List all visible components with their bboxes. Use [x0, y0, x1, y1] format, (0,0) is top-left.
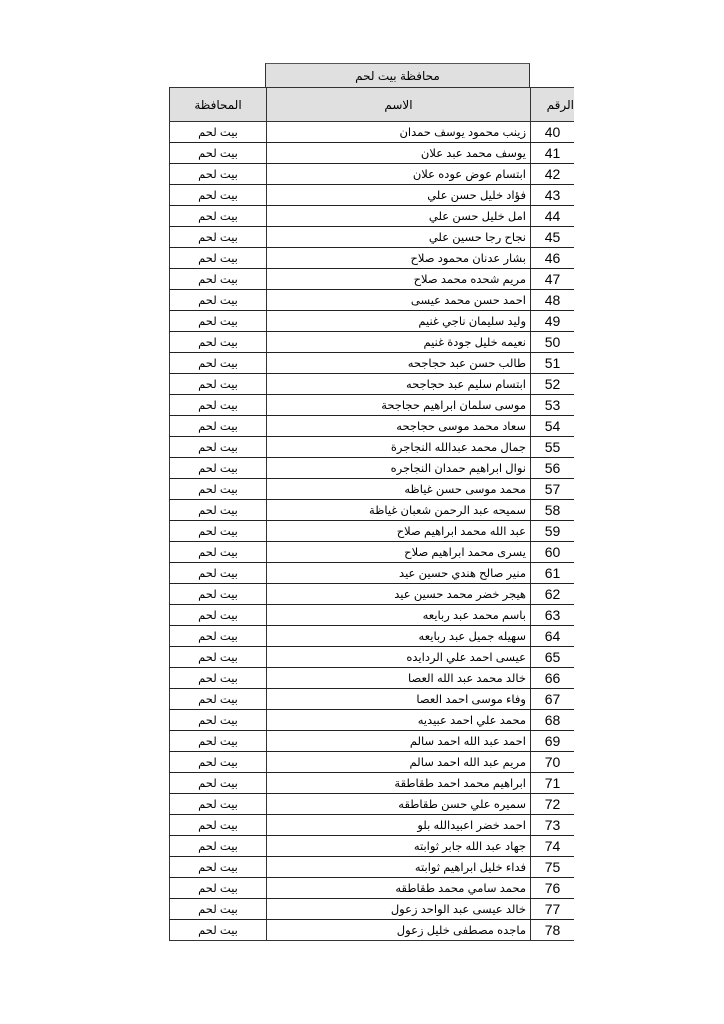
row-governorate: بيت لحم	[170, 185, 267, 206]
row-name: محمد علي احمد عبيديه	[267, 710, 531, 731]
row-governorate: بيت لحم	[170, 605, 267, 626]
row-governorate: بيت لحم	[170, 395, 267, 416]
table-row: 51طالب حسن عبد حجاجحهبيت لحم	[170, 353, 575, 374]
table-row: 78ماجده مصطفى خليل زعولبيت لحم	[170, 920, 575, 941]
row-governorate: بيت لحم	[170, 311, 267, 332]
row-governorate: بيت لحم	[170, 794, 267, 815]
row-name: منير صالح هندي حسين عيد	[267, 563, 531, 584]
row-governorate: بيت لحم	[170, 878, 267, 899]
row-name: وفاء موسى احمد العصا	[267, 689, 531, 710]
table-row: 67وفاء موسى احمد العصابيت لحم	[170, 689, 575, 710]
table-row: 72سميره علي حسن طقاطقهبيت لحم	[170, 794, 575, 815]
row-name: جهاد عبد الله جابر ثوابته	[267, 836, 531, 857]
row-name: خالد عيسى عبد الواحد زعول	[267, 899, 531, 920]
table-row: 45نجاح رجا حسين عليبيت لحم	[170, 227, 575, 248]
row-name: وليد سليمان ناجي غنيم	[267, 311, 531, 332]
table-row: 70مريم عبد الله احمد سالمبيت لحم	[170, 752, 575, 773]
table-row: 64سهيله جميل عبد ربايعهبيت لحم	[170, 626, 575, 647]
table-row: 53موسى سلمان ابراهيم حجاجحةبيت لحم	[170, 395, 575, 416]
row-governorate: بيت لحم	[170, 248, 267, 269]
row-governorate: بيت لحم	[170, 689, 267, 710]
header-number: الرقم	[531, 88, 575, 122]
table-row: 55جمال محمد عبدالله النجاجرةبيت لحم	[170, 437, 575, 458]
row-governorate: بيت لحم	[170, 647, 267, 668]
row-governorate: بيت لحم	[170, 773, 267, 794]
row-name: احمد حسن محمد عيسى	[267, 290, 531, 311]
row-number: 49	[531, 311, 575, 332]
row-governorate: بيت لحم	[170, 458, 267, 479]
row-number: 67	[531, 689, 575, 710]
row-governorate: بيت لحم	[170, 857, 267, 878]
row-name: محمد موسى حسن غياظه	[267, 479, 531, 500]
row-name: مريم شحده محمد صلاح	[267, 269, 531, 290]
table-row: 58سميحه عبد الرحمن شعبان غياظةبيت لحم	[170, 500, 575, 521]
row-number: 48	[531, 290, 575, 311]
row-governorate: بيت لحم	[170, 920, 267, 941]
row-name: سميحه عبد الرحمن شعبان غياظة	[267, 500, 531, 521]
row-name: احمد عبد الله احمد سالم	[267, 731, 531, 752]
row-governorate: بيت لحم	[170, 353, 267, 374]
row-name: سميره علي حسن طقاطقه	[267, 794, 531, 815]
table-title: محافظة بيت لحم	[265, 63, 530, 88]
table-row: 75فداء خليل ابراهيم ثوابتهبيت لحم	[170, 857, 575, 878]
row-governorate: بيت لحم	[170, 836, 267, 857]
table-row: 41يوسف محمد عبد علانبيت لحم	[170, 143, 575, 164]
row-name: ابتسام سليم عبد حجاجحه	[267, 374, 531, 395]
table-row: 50نعيمه خليل جودة غنيمبيت لحم	[170, 332, 575, 353]
row-number: 45	[531, 227, 575, 248]
row-number: 58	[531, 500, 575, 521]
table-row: 63باسم محمد عبد ربايعهبيت لحم	[170, 605, 575, 626]
table-row: 62هيجر خضر محمد حسين عيدبيت لحم	[170, 584, 575, 605]
row-governorate: بيت لحم	[170, 290, 267, 311]
row-governorate: بيت لحم	[170, 479, 267, 500]
table-row: 76محمد سامي محمد طقاطقهبيت لحم	[170, 878, 575, 899]
row-name: نوال ابراهيم حمدان النجاجره	[267, 458, 531, 479]
row-governorate: بيت لحم	[170, 500, 267, 521]
table-row: 73احمد خضر اعبيدالله بلوبيت لحم	[170, 815, 575, 836]
row-number: 57	[531, 479, 575, 500]
row-number: 69	[531, 731, 575, 752]
table-row: 44امل خليل حسن عليبيت لحم	[170, 206, 575, 227]
row-name: باسم محمد عبد ربايعه	[267, 605, 531, 626]
table-row: 68محمد علي احمد عبيديهبيت لحم	[170, 710, 575, 731]
row-number: 51	[531, 353, 575, 374]
row-name: هيجر خضر محمد حسين عيد	[267, 584, 531, 605]
table-row: 69احمد عبد الله احمد سالمبيت لحم	[170, 731, 575, 752]
table-row: 71ابراهيم محمد احمد طقاطقةبيت لحم	[170, 773, 575, 794]
row-number: 46	[531, 248, 575, 269]
row-name: موسى سلمان ابراهيم حجاجحة	[267, 395, 531, 416]
row-governorate: بيت لحم	[170, 563, 267, 584]
row-number: 64	[531, 626, 575, 647]
table-row: 40زينب محمود يوسف حمدانبيت لحم	[170, 122, 575, 143]
table-row: 61منير صالح هندي حسين عيدبيت لحم	[170, 563, 575, 584]
row-number: 56	[531, 458, 575, 479]
row-governorate: بيت لحم	[170, 899, 267, 920]
row-governorate: بيت لحم	[170, 164, 267, 185]
table-row: 66خالد محمد عبد الله العصابيت لحم	[170, 668, 575, 689]
row-number: 77	[531, 899, 575, 920]
row-number: 50	[531, 332, 575, 353]
row-number: 47	[531, 269, 575, 290]
row-governorate: بيت لحم	[170, 626, 267, 647]
row-name: عبد الله محمد ابراهيم صلاح	[267, 521, 531, 542]
table-row: 65عيسى احمد علي الردايدهبيت لحم	[170, 647, 575, 668]
row-name: طالب حسن عبد حجاجحه	[267, 353, 531, 374]
row-name: بشار عدنان محمود صلاح	[267, 248, 531, 269]
row-governorate: بيت لحم	[170, 416, 267, 437]
row-name: نعيمه خليل جودة غنيم	[267, 332, 531, 353]
row-number: 70	[531, 752, 575, 773]
row-number: 54	[531, 416, 575, 437]
row-name: مريم عبد الله احمد سالم	[267, 752, 531, 773]
row-name: جمال محمد عبدالله النجاجرة	[267, 437, 531, 458]
names-table: الرقم الاسم المحافظة 40زينب محمود يوسف ح…	[169, 87, 574, 941]
row-name: يسرى محمد ابراهيم صلاح	[267, 542, 531, 563]
table-row: 49وليد سليمان ناجي غنيمبيت لحم	[170, 311, 575, 332]
row-number: 76	[531, 878, 575, 899]
row-number: 63	[531, 605, 575, 626]
row-name: فداء خليل ابراهيم ثوابته	[267, 857, 531, 878]
row-number: 74	[531, 836, 575, 857]
row-governorate: بيت لحم	[170, 521, 267, 542]
row-number: 43	[531, 185, 575, 206]
table-row: 42ابتسام عوض عوده علانبيت لحم	[170, 164, 575, 185]
row-name: احمد خضر اعبيدالله بلو	[267, 815, 531, 836]
row-governorate: بيت لحم	[170, 668, 267, 689]
row-governorate: بيت لحم	[170, 332, 267, 353]
row-number: 75	[531, 857, 575, 878]
table-row: 47مريم شحده محمد صلاحبيت لحم	[170, 269, 575, 290]
row-name: سعاد محمد موسى حجاجحه	[267, 416, 531, 437]
row-number: 44	[531, 206, 575, 227]
row-number: 60	[531, 542, 575, 563]
table-row: 60يسرى محمد ابراهيم صلاحبيت لحم	[170, 542, 575, 563]
document-page: محافظة بيت لحم الرقم الاسم المحافظة 40زي…	[0, 0, 724, 1024]
row-number: 78	[531, 920, 575, 941]
row-number: 62	[531, 584, 575, 605]
header-row: الرقم الاسم المحافظة	[170, 88, 575, 122]
table-body: 40زينب محمود يوسف حمدانبيت لحم41يوسف محم…	[170, 122, 575, 941]
row-governorate: بيت لحم	[170, 752, 267, 773]
row-governorate: بيت لحم	[170, 731, 267, 752]
row-number: 65	[531, 647, 575, 668]
table-row: 43فؤاد خليل حسن عليبيت لحم	[170, 185, 575, 206]
header-governorate: المحافظة	[170, 88, 267, 122]
table-row: 74جهاد عبد الله جابر ثوابتهبيت لحم	[170, 836, 575, 857]
table-row: 52ابتسام سليم عبد حجاجحهبيت لحم	[170, 374, 575, 395]
table-row: 77خالد عيسى عبد الواحد زعولبيت لحم	[170, 899, 575, 920]
header-name: الاسم	[267, 88, 531, 122]
row-name: خالد محمد عبد الله العصا	[267, 668, 531, 689]
row-name: فؤاد خليل حسن علي	[267, 185, 531, 206]
row-governorate: بيت لحم	[170, 206, 267, 227]
row-number: 66	[531, 668, 575, 689]
row-name: عيسى احمد علي الردايده	[267, 647, 531, 668]
table-row: 59عبد الله محمد ابراهيم صلاحبيت لحم	[170, 521, 575, 542]
row-number: 61	[531, 563, 575, 584]
table-row: 57محمد موسى حسن غياظهبيت لحم	[170, 479, 575, 500]
row-governorate: بيت لحم	[170, 122, 267, 143]
table-row: 46بشار عدنان محمود صلاحبيت لحم	[170, 248, 575, 269]
row-number: 52	[531, 374, 575, 395]
row-governorate: بيت لحم	[170, 584, 267, 605]
row-name: نجاح رجا حسين علي	[267, 227, 531, 248]
row-name: ابتسام عوض عوده علان	[267, 164, 531, 185]
row-name: زينب محمود يوسف حمدان	[267, 122, 531, 143]
row-governorate: بيت لحم	[170, 374, 267, 395]
row-governorate: بيت لحم	[170, 542, 267, 563]
row-governorate: بيت لحم	[170, 227, 267, 248]
row-governorate: بيت لحم	[170, 143, 267, 164]
table-row: 54سعاد محمد موسى حجاجحهبيت لحم	[170, 416, 575, 437]
row-number: 72	[531, 794, 575, 815]
row-governorate: بيت لحم	[170, 815, 267, 836]
row-number: 73	[531, 815, 575, 836]
row-name: محمد سامي محمد طقاطقه	[267, 878, 531, 899]
table-row: 56نوال ابراهيم حمدان النجاجرهبيت لحم	[170, 458, 575, 479]
row-name: امل خليل حسن علي	[267, 206, 531, 227]
row-name: يوسف محمد عبد علان	[267, 143, 531, 164]
row-governorate: بيت لحم	[170, 269, 267, 290]
row-number: 68	[531, 710, 575, 731]
row-governorate: بيت لحم	[170, 710, 267, 731]
row-number: 53	[531, 395, 575, 416]
row-governorate: بيت لحم	[170, 437, 267, 458]
row-name: ماجده مصطفى خليل زعول	[267, 920, 531, 941]
table-row: 48احمد حسن محمد عيسىبيت لحم	[170, 290, 575, 311]
row-name: سهيله جميل عبد ربايعه	[267, 626, 531, 647]
row-number: 71	[531, 773, 575, 794]
row-name: ابراهيم محمد احمد طقاطقة	[267, 773, 531, 794]
row-number: 42	[531, 164, 575, 185]
row-number: 41	[531, 143, 575, 164]
row-number: 55	[531, 437, 575, 458]
row-number: 59	[531, 521, 575, 542]
row-number: 40	[531, 122, 575, 143]
